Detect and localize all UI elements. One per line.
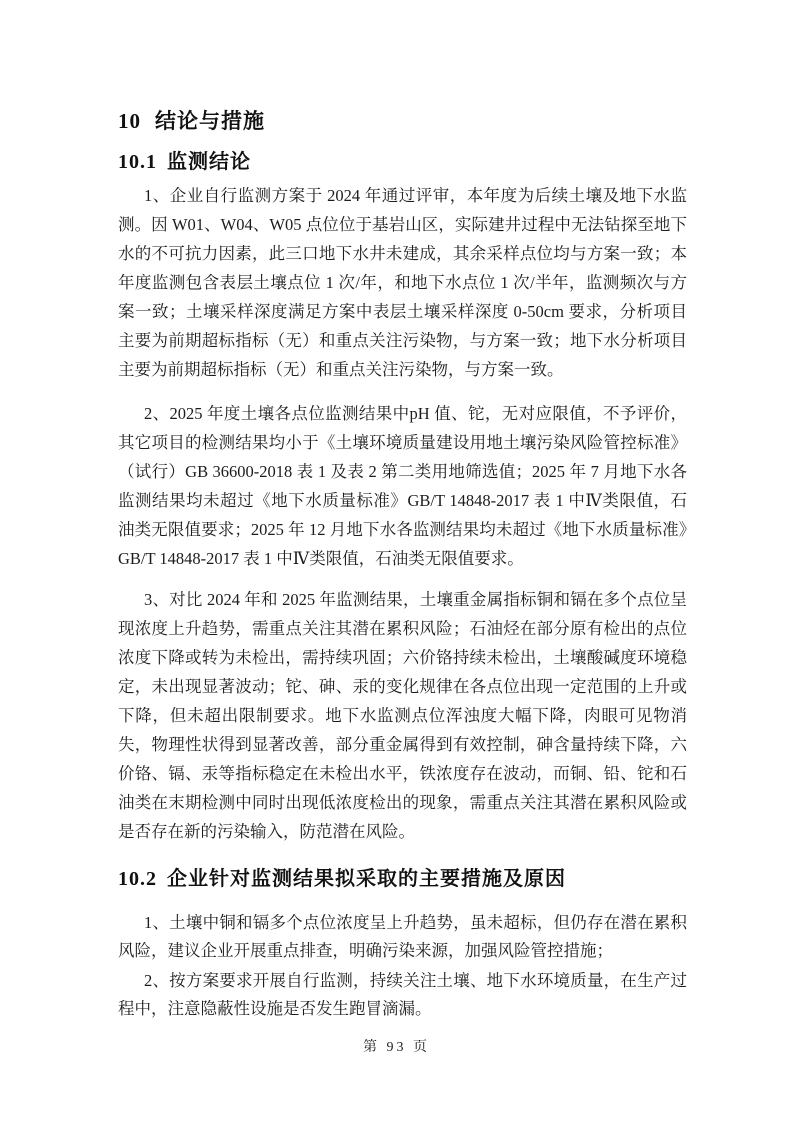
section-number-10-1: 10.1 (118, 148, 157, 176)
section-number-10-2: 10.2 (118, 865, 157, 893)
section-heading-10-1: 10.1监测结论 (118, 148, 687, 176)
document-page: 10结论与措施 10.1监测结论 1、企业自行监测方案于 2024 年通过评审，… (0, 0, 793, 1122)
section-title-10-1: 监测结论 (167, 151, 251, 173)
section-title-10-2: 企业针对监测结果拟采取的主要措施及原因 (167, 868, 566, 890)
paragraph-monitoring-conclusion-3: 3、对比 2024 年和 2025 年监测结果，土壤重金属指标铜和镉在多个点位呈… (118, 585, 687, 846)
page-footer: 第 93 页 (0, 1038, 793, 1058)
page-number-label: 第 93 页 (363, 1040, 430, 1055)
paragraph-measures-2: 2、按方案要求开展自行监测，持续关注土壤、地下水环境质量，在生产过程中，注意隐蔽… (118, 967, 687, 1023)
chapter-number: 10 (118, 106, 141, 136)
document-content: 10结论与措施 10.1监测结论 1、企业自行监测方案于 2024 年通过评审，… (118, 0, 687, 1023)
section-heading-10-2: 10.2企业针对监测结果拟采取的主要措施及原因 (118, 865, 687, 893)
chapter-heading: 10结论与措施 (118, 106, 687, 136)
paragraph-measures-1: 1、土壤中铜和镉多个点位浓度呈上升趋势，虽未超标，但仍存在潜在累积风险，建议企业… (118, 909, 687, 965)
paragraph-monitoring-conclusion-2: 2、2025 年度土壤各点位监测结果中pH 值、铊，无对应限值，不予评价，其它项… (118, 399, 687, 573)
chapter-title: 结论与措施 (155, 109, 265, 133)
paragraph-monitoring-conclusion-1: 1、企业自行监测方案于 2024 年通过评审，本年度为后续土壤及地下水监测。因 … (118, 181, 687, 384)
